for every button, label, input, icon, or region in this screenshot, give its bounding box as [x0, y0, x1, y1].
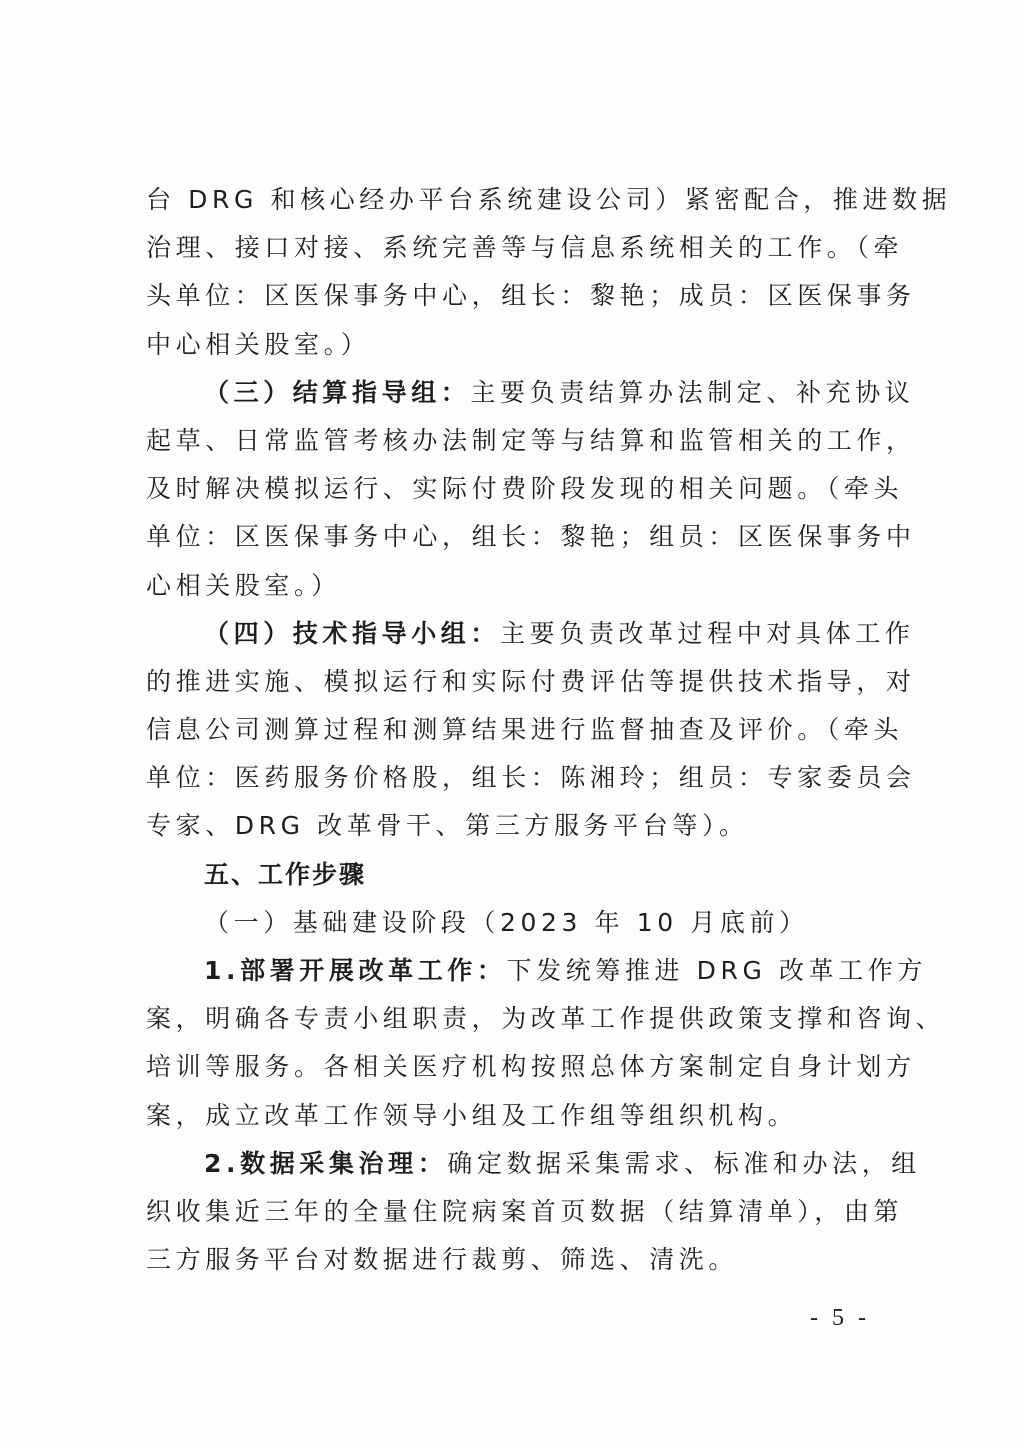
text-line: 单位：医药服务价格股，组长：陈湘玲；组员：专家委员会 [146, 754, 860, 802]
text-line: 专家、DRG 改革骨干、第三方服务平台等）。 [146, 802, 860, 850]
text-line: 信息公司测算过程和测算结果进行监督抽查及评价。（牵头 [146, 706, 860, 754]
paragraph-item-2: 2.数据采集治理：确定数据采集需求、标准和办法，组 织收集近三年的全量住院病案首… [146, 1140, 860, 1285]
paragraph-text: 主要负责结算办法制定、补充协议 [470, 378, 914, 407]
text-line: （四）技术指导小组：主要负责改革过程中对具体工作 [146, 610, 860, 658]
page-number: - 5 - [810, 1305, 870, 1332]
text-line: 中心相关股室。） [146, 321, 860, 369]
text-line: 台 DRG 和核心经办平台系统建设公司）紧密配合，推进数据 [146, 176, 860, 224]
text-line: 的推进实施、模拟运行和实际付费评估等提供技术指导，对 [146, 658, 860, 706]
text-line: 培训等服务。各相关医疗机构按照总体方案制定自身计划方 [146, 1043, 860, 1091]
paragraph-technical-group: （四）技术指导小组：主要负责改革过程中对具体工作 的推进实施、模拟运行和实际付费… [146, 610, 860, 851]
text-line: 2.数据采集治理：确定数据采集需求、标准和办法，组 [146, 1140, 860, 1188]
paragraph-lead: 1.部署开展改革工作： [204, 956, 507, 985]
text-line: （三）结算指导组：主要负责结算办法制定、补充协议 [146, 369, 860, 417]
paragraph-settlement-group: （三）结算指导组：主要负责结算办法制定、补充协议 起草、日常监管考核办法制定等与… [146, 369, 860, 610]
text-line: 1.部署开展改革工作：下发统筹推进 DRG 改革工作方 [146, 947, 860, 995]
text-line: 三方服务平台对数据进行裁剪、筛选、清洗。 [146, 1236, 860, 1284]
paragraph-text: 下发统筹推进 DRG 改革工作方 [507, 956, 928, 985]
paragraph-lead: 2.数据采集治理： [204, 1149, 447, 1178]
paragraph-text: 确定数据采集需求、标准和办法，组 [447, 1149, 921, 1178]
paragraph-item-1: 1.部署开展改革工作：下发统筹推进 DRG 改革工作方 案，明确各专责小组职责，… [146, 947, 860, 1140]
subsection-heading: （一）基础建设阶段（2023 年 10 月底前） [146, 899, 860, 947]
text-line: 织收集近三年的全量住院病案首页数据（结算清单），由第 [146, 1188, 860, 1236]
section-heading: 五、工作步骤 [146, 851, 860, 899]
text-line: 案，明确各专责小组职责，为改革工作提供政策支撑和咨询、 [146, 995, 860, 1043]
paragraph-lead: （三）结算指导组： [204, 378, 470, 407]
text-line: 及时解决模拟运行、实际付费阶段发现的相关问题。（牵头 [146, 465, 860, 513]
text-line: 治理、接口对接、系统完善等与信息系统相关的工作。（牵 [146, 224, 860, 272]
paragraph-lead: （四）技术指导小组： [204, 619, 500, 648]
text-line: 头单位：区医保事务中心，组长：黎艳；成员：区医保事务 [146, 272, 860, 320]
text-line: 案，成立改革工作领导小组及工作组等组织机构。 [146, 1092, 860, 1140]
text-line: 起草、日常监管考核办法制定等与结算和监管相关的工作， [146, 417, 860, 465]
document-body: 台 DRG 和核心经办平台系统建设公司）紧密配合，推进数据 治理、接口对接、系统… [146, 176, 860, 1284]
text-line: 心相关股室。） [146, 562, 860, 610]
text-line: 单位：区医保事务中心，组长：黎艳；组员：区医保事务中 [146, 513, 860, 561]
paragraph-text: 主要负责改革过程中对具体工作 [500, 619, 914, 648]
paragraph-continuation: 台 DRG 和核心经办平台系统建设公司）紧密配合，推进数据 治理、接口对接、系统… [146, 176, 860, 369]
